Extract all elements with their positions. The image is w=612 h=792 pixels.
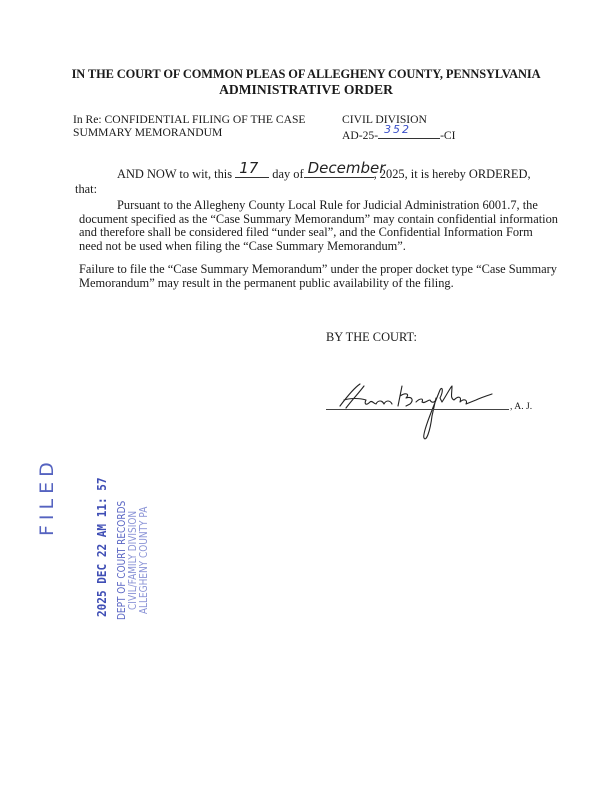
and-now-line: AND NOW to wit, this 17 day ofDecember, … xyxy=(117,165,531,182)
day-of-label: day of xyxy=(272,167,303,181)
case-caption: In Re: CONFIDENTIAL FILING OF THE CASE S… xyxy=(73,114,306,139)
by-the-court-label: BY THE COURT: xyxy=(326,330,417,345)
paragraph-1: Pursuant to the Allegheny County Local R… xyxy=(79,199,559,253)
docket-prefix: AD-25- xyxy=(342,129,378,142)
judge-signature xyxy=(336,376,506,444)
month-handwritten: December xyxy=(308,159,386,177)
order-title: ADMINISTRATIVE ORDER xyxy=(0,82,612,98)
filed-stamp: FILED xyxy=(36,457,58,536)
day-blank: 17 xyxy=(235,165,269,178)
stamp-dept-line-2: CIVIL/FAMILY DIVISION xyxy=(128,501,139,620)
signature-line xyxy=(326,409,509,410)
court-heading: IN THE COURT OF COMMON PLEAS OF ALLEGHEN… xyxy=(0,67,612,82)
filed-stamp-department: DEPT OF COURT RECORDS CIVIL/FAMILY DIVIS… xyxy=(117,501,150,620)
in-re-line-1: In Re: CONFIDENTIAL FILING OF THE CASE xyxy=(73,114,306,127)
docket-blank: 352 xyxy=(378,127,440,139)
docket-number: AD-25-352-CI xyxy=(342,127,456,143)
stamp-dept-line-3: ALLEGHENY COUNTY PA xyxy=(139,501,150,620)
in-re-line-2: SUMMARY MEMORANDUM xyxy=(73,127,306,140)
division-block: CIVIL DIVISION AD-25-352-CI xyxy=(342,114,456,142)
that-label: that: xyxy=(75,182,97,197)
filed-stamp-datetime: 2025 DEC 22 AM 11: 57 xyxy=(95,477,109,617)
docket-number-handwritten: 352 xyxy=(384,124,411,137)
paragraph-2: Failure to file the “Case Summary Memora… xyxy=(79,263,559,290)
and-now-prefix: AND NOW to wit, this xyxy=(117,167,232,181)
judge-title: , A. J. xyxy=(510,401,532,412)
month-blank: December xyxy=(304,165,374,178)
year-suffix: , 2025, it is hereby ORDERED, xyxy=(374,167,531,181)
stamp-dept-line-1: DEPT OF COURT RECORDS xyxy=(117,501,128,620)
paragraph-1-text: Pursuant to the Allegheny County Local R… xyxy=(79,198,558,253)
docket-suffix: -CI xyxy=(440,129,455,142)
day-handwritten: 17 xyxy=(239,159,258,177)
